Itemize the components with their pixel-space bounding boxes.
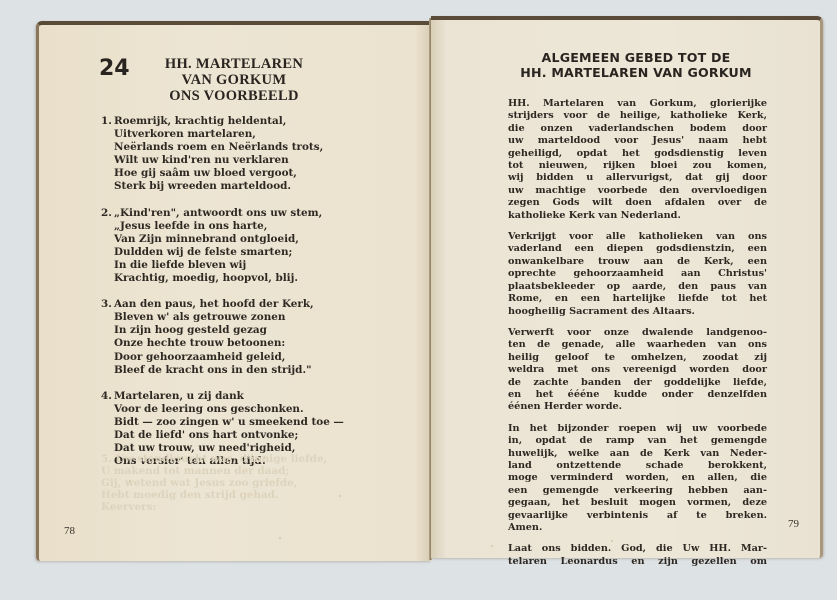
- prayer-line: telaren Leonardus en zijn gezellen om: [521, 556, 767, 568]
- prayer-line: gegaan, het besluit mogen vormen, deze: [521, 497, 767, 509]
- verse-line: Dat de liefd' ons hart ontvonke;: [114, 429, 421, 442]
- verse-line: Bidt — zoo zingen w' u smeekend toe —: [114, 416, 421, 429]
- prayer-line: huwelijk, welke aan de Kerk van Neder-: [521, 448, 767, 460]
- verse-line: Duldden wij de felste smarten;: [114, 246, 421, 259]
- hymn-number: 24: [99, 56, 130, 81]
- stanza-number: 2.: [101, 207, 112, 220]
- verse-line: Krachtig, moedig, hoopvol, blij.: [114, 272, 421, 285]
- prayer-paragraph-4: In het bijzonder roepen wij uw voorbede …: [508, 423, 767, 535]
- verse-line: Bleven w' als getrouwe zonen: [114, 311, 421, 324]
- prayer-title-line: HH. MARTELAREN VAN GORKUM: [491, 65, 781, 80]
- prayer-paragraph-1: HH. Martelaren van Gorkum, glorierijke s…: [508, 98, 767, 222]
- stanza-1: 1. Roemrijk, krachtig heldental, Uitverk…: [101, 115, 421, 194]
- prayer-line: ten de genade, alle waarheden van ons: [521, 339, 767, 351]
- open-booklet: 24 HH. MARTELAREN VAN GORKUM ONS VOORBEE…: [0, 0, 837, 600]
- page-number-right: 79: [788, 518, 799, 530]
- verse-line: Uitverkoren martelaren,: [114, 128, 421, 141]
- paper-speck: [611, 540, 613, 542]
- prayer-line: die onzen vaderlandschen bodem door: [521, 123, 767, 135]
- bleed-through-line: Hebt moedig den strijd gehad.: [101, 489, 421, 501]
- paper-speck: [491, 545, 493, 547]
- prayer-line: zegen Gods wilt doen afdalen over de: [521, 197, 767, 209]
- prayer-line: Verkrijgt voor alle katholieken van ons: [521, 231, 767, 243]
- paper-speck: [279, 537, 281, 539]
- verse-line: Roemrijk, krachtig heldental,: [114, 115, 421, 128]
- verse-line: Sterk bij wreeden marteldood.: [114, 180, 421, 193]
- stanza-number: 4.: [101, 390, 112, 403]
- bleed-through-line: U makend tot mannen der daad;: [101, 465, 421, 477]
- prayer-paragraph-2: Verkrijgt voor alle katholieken van ons …: [508, 231, 767, 318]
- stanza-3: 3. Aan den paus, het hoofd der Kerk, Ble…: [101, 298, 421, 377]
- prayer-line: strijders voor de heilige, katholieke Ke…: [521, 110, 767, 122]
- bleed-through-line: Gij, wetend wat Jesus zoo griefde,: [101, 477, 421, 489]
- prayer-line: de zachte banden der goddelijke liefde,: [521, 377, 767, 389]
- prayer-line: heilig geloof te omhelzen, zoodat zij: [521, 352, 767, 364]
- verse-line: Voor de leering ons geschonken.: [114, 403, 421, 416]
- prayer-title-line: ALGEMEEN GEBED TOT DE: [491, 50, 781, 65]
- prayer-line: hoogheilig Sacrament des Altaars.: [521, 306, 767, 318]
- bleed-through-text: 5. Uw standkracht was, d'innige liefde, …: [101, 453, 421, 513]
- verse-line: Aan den paus, het hoofd der Kerk,: [114, 298, 421, 311]
- hymn-title: HH. MARTELAREN VAN GORKUM ONS VOORBEELD: [139, 56, 329, 104]
- hymn-stanzas: 1. Roemrijk, krachtig heldental, Uitverk…: [101, 115, 421, 481]
- hymn-title-line: HH. MARTELAREN: [139, 56, 329, 72]
- prayer-line: land ontzettende schade berokkent,: [521, 460, 767, 472]
- prayer-line: Verwerft voor onze dwalende landgenoo-: [521, 327, 767, 339]
- prayer-line: Rome, en een hartelijke liefde tot het: [521, 293, 767, 305]
- bleed-through-line: Keervers:: [101, 501, 421, 513]
- verse-line: Onze hechte trouw betoonen:: [114, 337, 421, 350]
- paper-speck: [129, 480, 131, 482]
- prayer-line: geheiligd, opdat het godsdienstig leven: [521, 148, 767, 160]
- prayer-line: In het bijzonder roepen wij uw voorbede: [521, 423, 767, 435]
- paper-speck: [339, 495, 341, 497]
- stanza-2: 2. „Kind'ren", antwoordt ons uw stem, „J…: [101, 207, 421, 286]
- verse-line: Door gehoorzaamheid geleid,: [114, 351, 421, 364]
- prayer-line: oprechte gehoorzaamheid aan Christus': [521, 268, 767, 280]
- prayer-line: éénen Herder worde.: [521, 401, 767, 413]
- prayer-title: ALGEMEEN GEBED TOT DE HH. MARTELAREN VAN…: [491, 50, 781, 80]
- prayer-line: katholieke Kerk van Nederland.: [521, 210, 767, 222]
- verse-line: Hoe gij saâm uw bloed vergoot,: [114, 167, 421, 180]
- prayer-line: onwankelbare trouw aan de Kerk, een: [521, 256, 767, 268]
- prayer-line: en het éééne kudde onder denzelfden: [521, 389, 767, 401]
- prayer-text: HH. Martelaren van Gorkum, glorierijke s…: [508, 98, 767, 577]
- page-number-left: 78: [64, 525, 75, 537]
- prayer-line: HH. Martelaren van Gorkum, glorierijke: [521, 98, 767, 110]
- prayer-line: tot nieuwen, rijken bloei zou komen,: [521, 160, 767, 172]
- prayer-line: plaatsbekleeder op aarde, den paus van: [521, 281, 767, 293]
- prayer-line: een gemengde verkeering hebben aan-: [521, 485, 767, 497]
- hymn-title-line: VAN GORKUM: [139, 72, 329, 88]
- prayer-line: vaderland een diepen godsdienstzin, een: [521, 243, 767, 255]
- verse-line: Van Zijn minnebrand ontgloeid,: [114, 233, 421, 246]
- verse-line: Wilt uw kind'ren nu verklaren: [114, 154, 421, 167]
- verse-line: In die liefde bleven wij: [114, 259, 421, 272]
- prayer-line: weldra met ons vereenigd worden door: [521, 364, 767, 376]
- right-page: ALGEMEEN GEBED TOT DE HH. MARTELAREN VAN…: [431, 16, 823, 558]
- verse-line: In zijn hoog gesteld gezag: [114, 324, 421, 337]
- verse-line: „Kind'ren", antwoordt ons uw stem,: [114, 207, 421, 220]
- prayer-line: in, opdat de ramp van het gemengde: [521, 435, 767, 447]
- hymn-title-line: ONS VOORBEELD: [139, 88, 329, 104]
- left-page: 24 HH. MARTELAREN VAN GORKUM ONS VOORBEE…: [36, 21, 431, 561]
- prayer-line: uw machtige voorbede den overvloedigen: [521, 185, 767, 197]
- bleed-through-line: 5. Uw standkracht was, d'innige liefde,: [101, 453, 421, 465]
- stanza-number: 3.: [101, 298, 112, 311]
- verse-line: „Jesus leefde in ons harte,: [114, 220, 421, 233]
- prayer-paragraph-3: Verwerft voor onze dwalende landgenoo- t…: [508, 327, 767, 414]
- prayer-line: Laat ons bidden. God, die Uw HH. Mar-: [521, 543, 767, 555]
- prayer-line: uw marteldood voor Jesus' naam hebt: [521, 135, 767, 147]
- prayer-line: gevaarlijke verbintenis af te breken.: [521, 510, 767, 522]
- prayer-line: moge verminderd worden, en allen, die: [521, 472, 767, 484]
- prayer-line: Amen.: [521, 522, 767, 534]
- verse-line: Bleef de kracht ons in den strijd.": [114, 364, 421, 377]
- prayer-line: wij bidden u allervurigst, dat gij door: [521, 172, 767, 184]
- verse-line: Neërlands roem en Neërlands trots,: [114, 141, 421, 154]
- verse-line: Martelaren, u zij dank: [114, 390, 421, 403]
- stanza-number: 1.: [101, 115, 112, 128]
- prayer-paragraph-5: Laat ons bidden. God, die Uw HH. Mar- te…: [508, 543, 767, 568]
